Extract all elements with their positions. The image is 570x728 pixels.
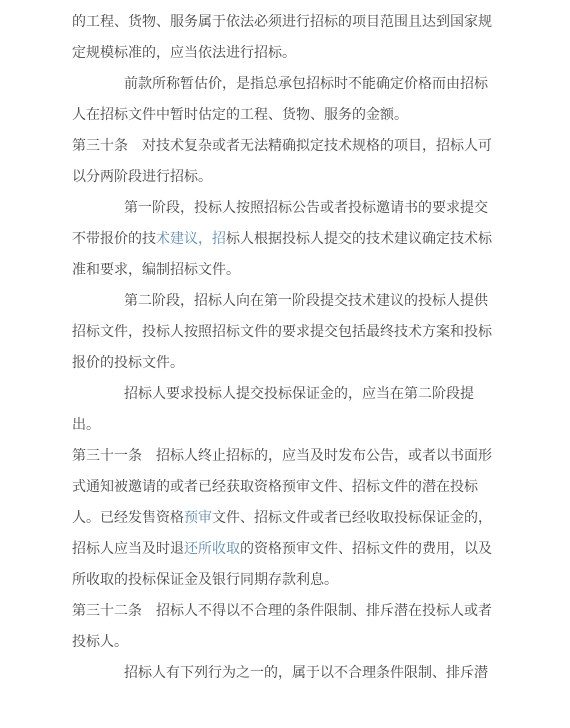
text-line: 所收取的投标保证金及银行同期存款利息。 <box>72 565 494 596</box>
text-line: 报价的投标文件。 <box>72 348 494 379</box>
text-segment: 报价的投标文件。 <box>72 356 184 371</box>
text-segment: 人。已经发售资格 <box>72 511 184 526</box>
text-segment: 招标人有下列行为之一的，属于以不合理条件限制、排斥潜 <box>124 666 488 681</box>
text-line: 招标人有下列行为之一的，属于以不合理条件限制、排斥潜 <box>72 658 494 689</box>
document-page: 的工程、货物、服务属于依法必须进行招标的项目范围且达到国家规定规模标准的，应当依… <box>0 0 570 728</box>
text-line: 以分两阶段进行招标。 <box>72 162 494 193</box>
text-line: 招标人应当及时退还所收取的资格预审文件、招标文件的费用，以及 <box>72 534 494 565</box>
text-line: 第三十条 对技术复杂或者无法精确拟定技术规格的项目，招标人可 <box>72 131 494 162</box>
text-line: 出。 <box>72 410 494 441</box>
text-line: 不带报价的技术建议，招标人根据投标人提交的技术建议确定技术标 <box>72 224 494 255</box>
text-segment: 以分两阶段进行招标。 <box>72 170 212 185</box>
text-line: 第一阶段，投标人按照招标公告或者投标邀请书的要求提交 <box>72 193 494 224</box>
text-segment: 标人根据投标人提交的技术建议确定技术标 <box>226 232 492 247</box>
text-segment: 前款所称暂估价，是指总承包招标时不能确定价格而由招标 <box>124 77 488 92</box>
text-segment: 人在招标文件中暂时估定的工程、货物、服务的金额。 <box>72 108 408 123</box>
text-segment: 招标人应当及时退 <box>72 542 184 557</box>
text-segment: 第三十二条 招标人不得以不合理的条件限制、排斥潜在投标人或者 <box>72 604 492 619</box>
text-segment: 出。 <box>72 418 100 433</box>
text-segment: 第一阶段，投标人按照招标公告或者投标邀请书的要求提交 <box>124 201 488 216</box>
text-segment: 式通知被邀请的或者已经获取资格预审文件、招标文件的潜在投标 <box>72 480 478 495</box>
text-line: 第三十二条 招标人不得以不合理的条件限制、排斥潜在投标人或者 <box>72 596 494 627</box>
text-segment: 不带报价的技 <box>72 232 156 247</box>
highlighted-text: 预审 <box>184 511 212 526</box>
text-line: 人在招标文件中暂时估定的工程、货物、服务的金额。 <box>72 100 494 131</box>
text-segment: 招标人要求投标人提交投标保证金的，应当在第二阶段提 <box>124 387 474 402</box>
text-line: 人。已经发售资格预审文件、招标文件或者已经收取投标保证金的， <box>72 503 494 534</box>
text-line: 前款所称暂估价，是指总承包招标时不能确定价格而由招标 <box>72 69 494 100</box>
text-line: 第三十一条 招标人终止招标的，应当及时发布公告，或者以书面形 <box>72 441 494 472</box>
text-segment: 所收取的投标保证金及银行同期存款利息。 <box>72 573 338 588</box>
text-segment: 投标人。 <box>72 635 128 650</box>
text-line: 式通知被邀请的或者已经获取资格预审文件、招标文件的潜在投标 <box>72 472 494 503</box>
text-block: 的工程、货物、服务属于依法必须进行招标的项目范围且达到国家规定规模标准的，应当依… <box>72 7 494 689</box>
text-segment: 第三十一条 招标人终止招标的，应当及时发布公告，或者以书面形 <box>72 449 492 464</box>
text-segment: 文件、招标文件或者已经收取投标保证金的， <box>212 511 492 526</box>
text-line: 准和要求，编制招标文件。 <box>72 255 494 286</box>
text-line: 招标文件，投标人按照招标文件的要求提交包括最终技术方案和投标 <box>72 317 494 348</box>
text-line: 投标人。 <box>72 627 494 658</box>
text-segment: 招标文件，投标人按照招标文件的要求提交包括最终技术方案和投标 <box>72 325 492 340</box>
text-segment: 定规模标准的，应当依法进行招标。 <box>72 46 296 61</box>
text-segment: 第三十条 对技术复杂或者无法精确拟定技术规格的项目，招标人可 <box>72 139 492 154</box>
text-line: 的工程、货物、服务属于依法必须进行招标的项目范围且达到国家规 <box>72 7 494 38</box>
text-line: 定规模标准的，应当依法进行招标。 <box>72 38 494 69</box>
text-line: 第二阶段，招标人向在第一阶段提交技术建议的投标人提供 <box>72 286 494 317</box>
text-line: 招标人要求投标人提交投标保证金的，应当在第二阶段提 <box>72 379 494 410</box>
text-segment: 第二阶段，招标人向在第一阶段提交技术建议的投标人提供 <box>124 294 488 309</box>
highlighted-text: 术建议，招 <box>156 232 226 247</box>
text-segment: 的工程、货物、服务属于依法必须进行招标的项目范围且达到国家规 <box>72 15 492 30</box>
text-segment: 的资格预审文件、招标文件的费用，以及 <box>240 542 492 557</box>
text-segment: 准和要求，编制招标文件。 <box>72 263 240 278</box>
highlighted-text: 还所收取 <box>184 542 240 557</box>
